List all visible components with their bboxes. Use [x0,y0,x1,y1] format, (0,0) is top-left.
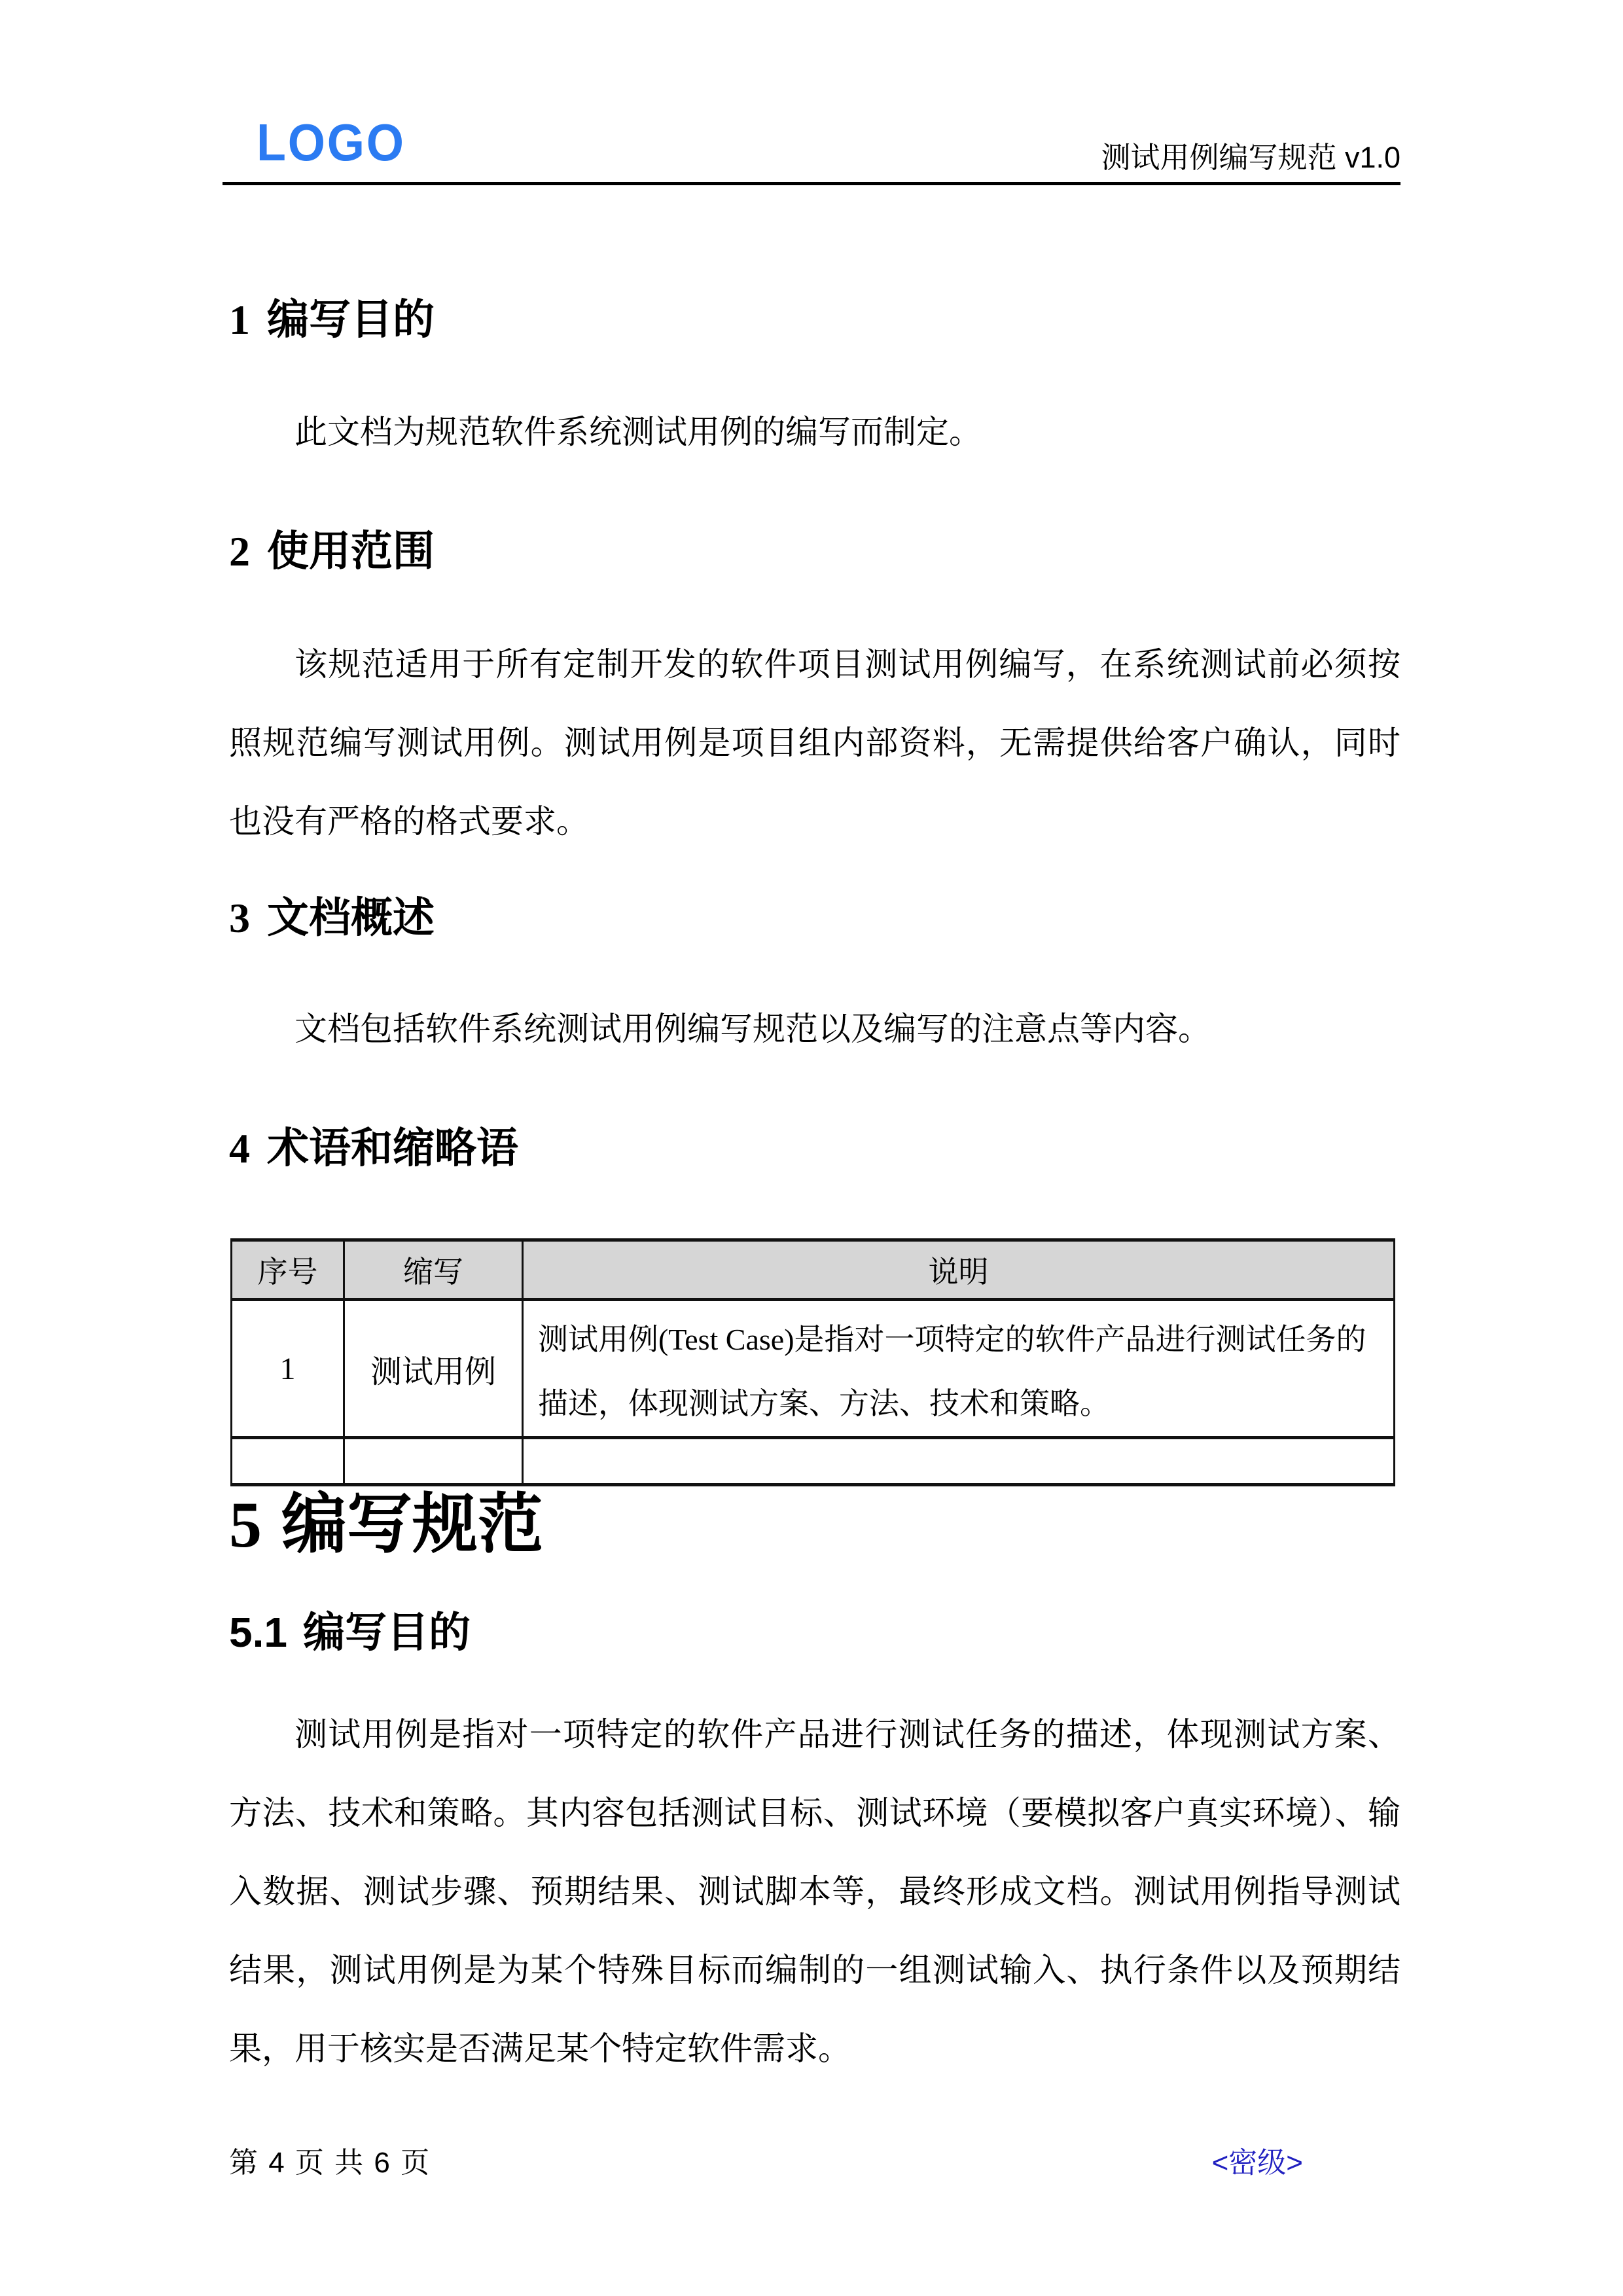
section-heading-2: 2使用范围 [229,528,435,576]
header-rule [223,182,1400,185]
table-header-row: 序号 缩写 说明 [232,1240,1395,1300]
glossary-table: 序号 缩写 说明 1 测试用例 测试用例(Test Case)是指对一项特定的软… [230,1238,1395,1486]
col-header-abbr: 缩写 [344,1240,523,1300]
section-number: 2 [229,528,250,575]
section-heading-1: 1编写目的 [229,296,435,344]
section-number: 4 [229,1125,250,1172]
cell-abbr: 测试用例 [344,1300,523,1438]
footer-classification: <密级> [1212,2139,1303,2181]
section-number: 1 [229,296,250,343]
footer-page-number: 第 4 页 共 6 页 [229,2139,431,2181]
header-doc-title: 测试用例编写规范 v1.0 [1101,141,1400,174]
cell-desc: 测试用例(Test Case)是指对一项特定的软件产品进行测试任务的描述，体现测… [523,1300,1395,1438]
section-title: 文档概述 [267,894,435,941]
section-paragraph-3: 文档包括软件系统测试用例编写规范以及编写的注意点等内容。 [229,990,1400,1068]
section-title: 编写目的 [303,1609,471,1656]
section-heading-3: 3文档概述 [229,894,435,942]
section-number: 5 [229,1488,262,1561]
section-number: 5.1 [229,1609,287,1656]
col-header-no: 序号 [232,1240,344,1300]
table-row [232,1438,1395,1485]
section-title: 编写规范 [281,1488,543,1561]
section-paragraph-2: 该规范适用于所有定制开发的软件项目测试用例编写，在系统测试前必须按照规范编写测试… [229,625,1400,861]
cell-no: 1 [232,1300,344,1438]
section-title: 编写目的 [267,296,435,343]
section-paragraph-5-1: 测试用例是指对一项特定的软件产品进行测试任务的描述，体现测试方案、方法、技术和策… [229,1695,1400,2088]
cell-no [232,1438,344,1485]
section-heading-4: 4术语和缩略语 [229,1124,518,1173]
col-header-desc: 说明 [523,1240,1395,1300]
section-heading-5-1: 5.1编写目的 [229,1609,471,1657]
section-title: 术语和缩略语 [267,1124,518,1172]
cell-abbr [344,1438,523,1485]
document-page: LOGO 测试用例编写规范 v1.0 1编写目的 此文档为规范软件系统测试用例的… [0,0,1623,2296]
cell-desc [523,1438,1395,1485]
section-number: 3 [229,895,250,941]
section-heading-5: 5编写规范 [229,1487,543,1562]
company-logo: LOGO [257,117,406,169]
section-paragraph-1: 此文档为规范软件系统测试用例的编写而制定。 [229,393,1400,471]
table-row: 1 测试用例 测试用例(Test Case)是指对一项特定的软件产品进行测试任务… [232,1300,1395,1438]
section-title: 使用范围 [267,528,435,575]
